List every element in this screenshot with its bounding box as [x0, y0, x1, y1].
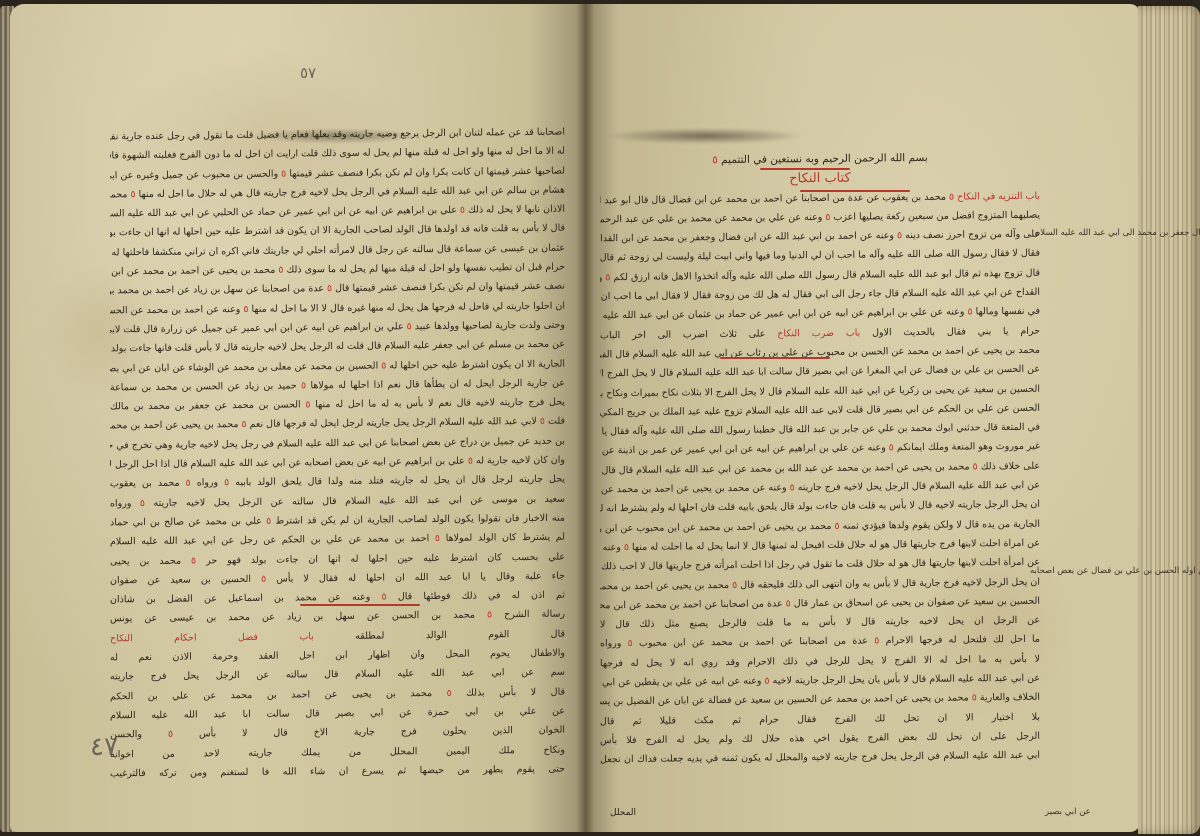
rubric-mark: ٥ [712, 154, 718, 166]
rubric-mark: ٥ [834, 520, 839, 531]
rubric-mark: ٥ [435, 533, 440, 544]
rubric-mark: ٥ [191, 555, 196, 566]
rubric-mark: ٥ [305, 399, 310, 410]
catchword: المحلل [610, 808, 636, 818]
rubric-mark: ٥ [407, 321, 412, 332]
rubric-rule [300, 604, 420, 606]
right-page-lines: باب التنزيه في النكاح ٥ محمد بن يعقوب عن… [600, 189, 1040, 768]
rubric-mark: ٥ [967, 307, 972, 318]
rubric-mark: ٥ [381, 360, 386, 371]
rubric-mark: ٥ [261, 574, 266, 585]
rubric-mark: ٥ [266, 516, 271, 527]
right-page-block-edge [1138, 6, 1200, 834]
rubric-mark: ٥ [278, 265, 283, 276]
rubric-mark: ٥ [140, 498, 145, 509]
rubric-mark: ٥ [897, 230, 902, 241]
rubric-mark: ٥ [786, 598, 791, 609]
rubric-mark: ٥ [605, 272, 610, 283]
rubric-mark: ٥ [185, 478, 190, 489]
rubric-mark: ٥ [540, 416, 545, 427]
chapter-heading: باب ضرب النكاح [777, 327, 860, 339]
margin-note: من اوله الحسن بن علي بن فضال عن بعض اصحا… [1030, 566, 1200, 576]
rubric-rule [760, 168, 850, 170]
rubric-mark: ٥ [241, 419, 246, 430]
rubric-mark: ٥ [628, 638, 633, 649]
rubric-mark: ٥ [972, 693, 977, 704]
basmala-text: بسم الله الرحمن الرحيم وبه نستعين في الت… [721, 152, 928, 166]
chapter-heading: باب التنزيه في النكاح [957, 190, 1040, 202]
margin-note: قال جعفر بن محمد الى ابي عبد الله عليه ا… [1035, 228, 1200, 238]
rubric-mark: ٥ [224, 477, 229, 488]
rubric-mark: ٥ [889, 443, 894, 454]
rubric-mark: ٥ [624, 542, 629, 553]
left-page-text-block: اصحابنا قد عن عمله لثنان ابن الرجل يرجع … [110, 125, 565, 725]
margin-note: عن ابي بصير [1045, 807, 1091, 817]
rubric-mark: ٥ [764, 676, 769, 687]
rubric-mark: ٥ [468, 456, 473, 467]
right-page-text-block: بسم الله الرحمن الرحيم وبه نستعين في الت… [600, 150, 1040, 810]
manuscript-line: ابي عبد الله عليه السلام في الرجل يحل فر… [600, 746, 1040, 770]
rubric-mark: ٥ [825, 212, 830, 223]
rubric-rule [720, 357, 830, 359]
folio-number-top: ٥٧ [300, 64, 316, 82]
rubric-mark: ٥ [973, 461, 978, 472]
rubric-mark: ٥ [446, 687, 451, 698]
rubric-mark: ٥ [168, 729, 173, 740]
rubric-mark: ٥ [281, 168, 286, 179]
rubric-mark: ٥ [301, 380, 306, 391]
rubric-mark: ٥ [732, 579, 737, 590]
rubric-mark: ٥ [460, 205, 465, 216]
smudged-header-line [605, 128, 805, 144]
book-gutter [576, 4, 594, 832]
manuscript-spread: ٥٧ ٤٧ اصحابنا قد عن عمله لثنان ابن الرجل… [0, 0, 1200, 836]
rubric-mark: ٥ [381, 592, 386, 603]
rubric-mark: ٥ [130, 189, 135, 200]
chapter-heading: باب فضل احكام النكاح [110, 631, 314, 644]
rubric-mark: ٥ [327, 283, 332, 294]
rubric-mark: ٥ [243, 304, 248, 315]
rubric-mark: ٥ [487, 610, 492, 621]
rubric-mark: ٥ [874, 636, 879, 647]
rubric-mark: ٥ [949, 191, 954, 202]
rubric-rule [800, 190, 910, 192]
rubric-mark: ٥ [790, 482, 795, 493]
